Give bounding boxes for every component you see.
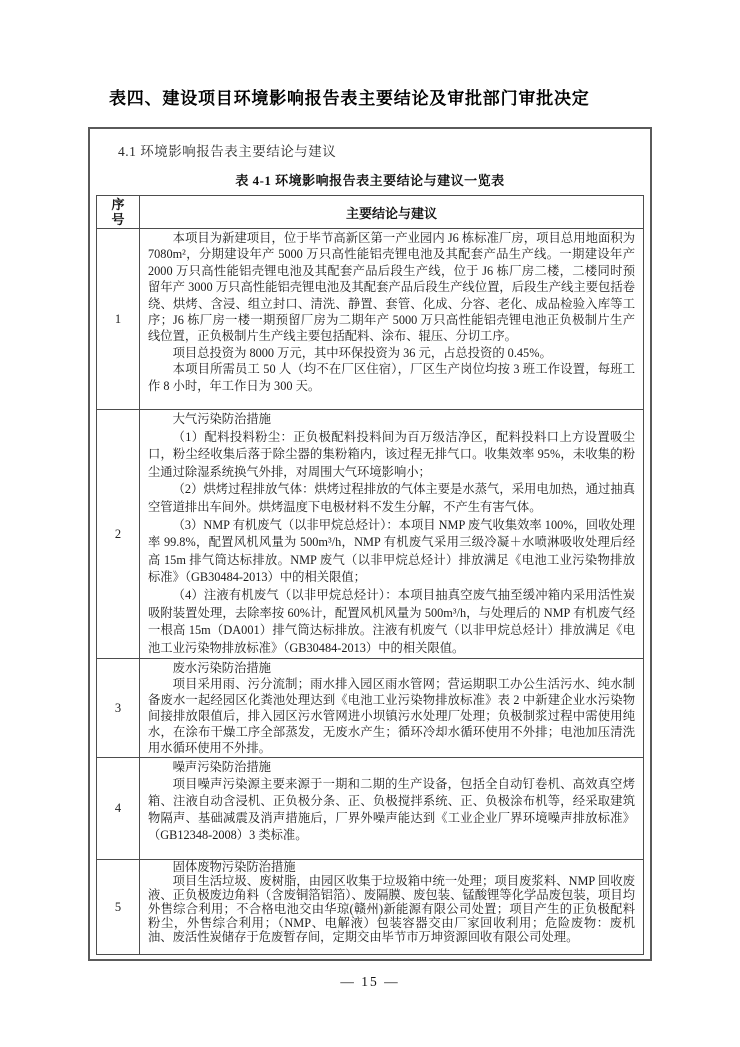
row-content-cell: 大气污染防治措施（1）配料投料粉尘：正负极配料投料间为百万级洁净区，配料投料口上… (140, 410, 644, 659)
paragraph: 项目采用雨、污分流制；雨水排入园区雨水管网；营运期职工办公生活污水、纯水制备废水… (148, 676, 635, 756)
row-content-cell: 废水污染防治措施项目采用雨、污分流制；雨水排入园区雨水管网；营运期职工办公生活污… (140, 659, 644, 758)
table-row: 5固体废物污染防治措施项目生活垃圾、废树脂，由园区收集于垃圾箱中统一处理；项目废… (97, 860, 644, 955)
paragraph: 废水污染防治措施 (148, 660, 635, 676)
conclusions-table: 序号 主要结论与建议 1本项目为新建项目，位于毕节高新区第一产业园内 J6 栋标… (96, 195, 644, 955)
paragraph: 本项目为新建项目，位于毕节高新区第一产业园内 J6 栋标准厂房，项目总用地面积为… (148, 230, 635, 345)
paragraph: 项目总投资为 8000 万元，其中环保投资为 36 元，占总投资的 0.45%。 (148, 345, 635, 361)
report-frame: 4.1 环境影响报告表主要结论与建议 表 4-1 环境影响报告表主要结论与建议一… (88, 127, 652, 961)
paragraph: 本项目所需员工 50 人（均不在厂区住宿），厂区生产岗位均按 3 班工作设置，每… (148, 361, 635, 394)
row-number-cell: 2 (97, 410, 140, 659)
section-heading: 4.1 环境影响报告表主要结论与建议 (118, 140, 650, 160)
row-content-cell: 固体废物污染防治措施项目生活垃圾、废树脂，由园区收集于垃圾箱中统一处理；项目废浆… (140, 860, 644, 955)
paragraph: 大气污染防治措施 (148, 411, 635, 429)
header-cell-number: 序号 (97, 196, 140, 229)
paragraph: （1）配料投料粉尘：正负极配料投料间为百万级洁净区，配料投料口上方设置吸尘口，粉… (148, 429, 635, 482)
row-number-cell: 4 (97, 758, 140, 860)
table-row: 3废水污染防治措施项目采用雨、污分流制；雨水排入园区雨水管网；营运期职工办公生活… (97, 659, 644, 758)
paragraph: （4）注液有机废气（以非甲烷总烃计）：本项目抽真空废气抽至缓冲箱内采用活性炭吸附… (148, 587, 635, 657)
row-content-cell: 本项目为新建项目，位于毕节高新区第一产业园内 J6 栋标准厂房，项目总用地面积为… (140, 229, 644, 410)
paragraph: 项目噪声污染源主要来源于一期和二期的生产设备，包括全自动钉卷机、高效真空烤箱、注… (148, 776, 635, 843)
paragraph: 项目生活垃圾、废树脂，由园区收集于垃圾箱中统一处理；项目废浆料、NMP 回收废液… (148, 875, 635, 945)
header-number-label: 序号 (111, 197, 126, 227)
table-caption: 表 4-1 环境影响报告表主要结论与建议一览表 (90, 170, 650, 189)
table-body: 1本项目为新建项目，位于毕节高新区第一产业园内 J6 栋标准厂房，项目总用地面积… (97, 229, 644, 955)
table-row: 1本项目为新建项目，位于毕节高新区第一产业园内 J6 栋标准厂房，项目总用地面积… (97, 229, 644, 410)
row-number-cell: 1 (97, 229, 140, 410)
paragraph: 噪声污染防治措施 (148, 759, 635, 776)
paragraph: （3）NMP 有机废气（以非甲烷总烃计）：本项目 NMP 废气收集效率 100%… (148, 517, 635, 587)
row-content-cell: 噪声污染防治措施项目噪声污染源主要来源于一期和二期的生产设备，包括全自动钉卷机、… (140, 758, 644, 860)
page-number: — 15 — (0, 974, 740, 990)
paragraph: （2）烘烤过程排放气体：烘烤过程排放的气体主要是水蒸气，采用电加热，通过抽真空管… (148, 481, 635, 516)
table-row: 4噪声污染防治措施项目噪声污染源主要来源于一期和二期的生产设备，包括全自动钉卷机… (97, 758, 644, 860)
header-cell-main: 主要结论与建议 (140, 196, 644, 229)
row-number-cell: 5 (97, 860, 140, 955)
document-page: 表四、建设项目环境影响报告表主要结论及审批部门审批决定 4.1 环境影响报告表主… (0, 0, 740, 1047)
table-row: 2大气污染防治措施（1）配料投料粉尘：正负极配料投料间为百万级洁净区，配料投料口… (97, 410, 644, 659)
table-header-row: 序号 主要结论与建议 (97, 196, 644, 229)
page-title: 表四、建设项目环境影响报告表主要结论及审批部门审批决定 (109, 84, 590, 109)
row-number-cell: 3 (97, 659, 140, 758)
